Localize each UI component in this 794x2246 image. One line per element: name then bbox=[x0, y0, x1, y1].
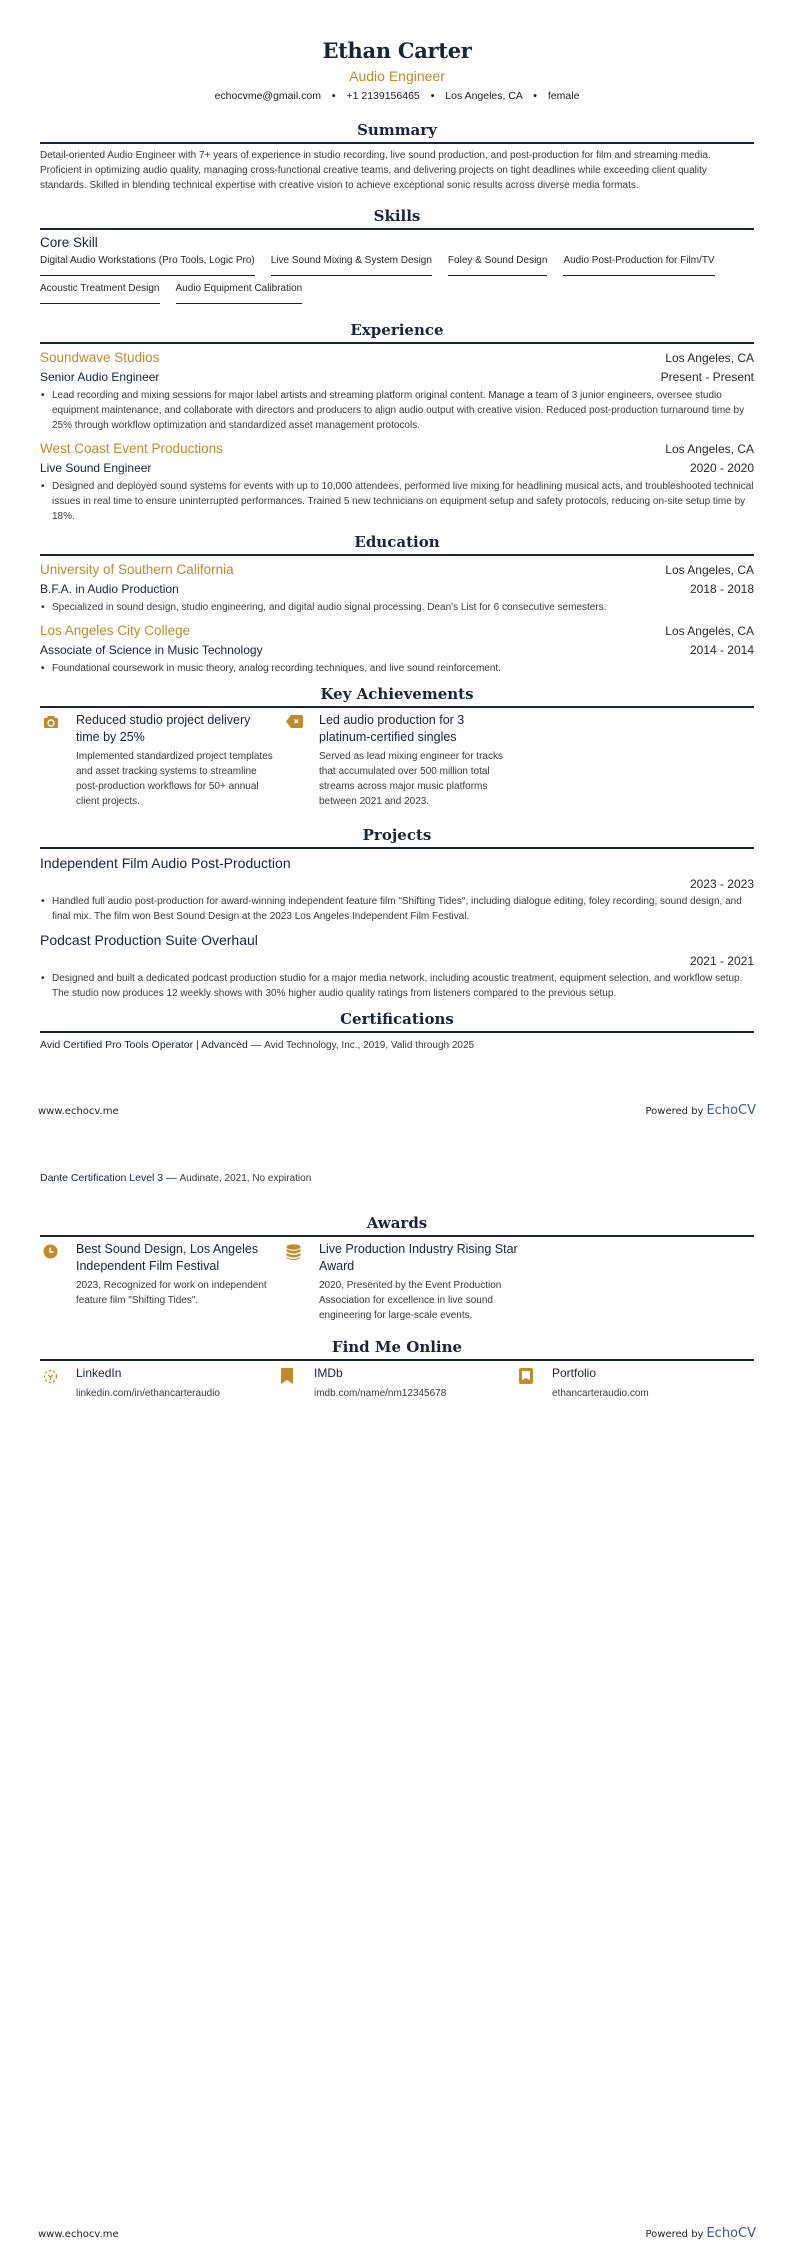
job-bullets: Designed and deployed sound systems for … bbox=[40, 479, 754, 524]
award-title: Live Production Industry Rising Star Awa… bbox=[319, 1241, 519, 1275]
achievements-section: Key Achievements Reduced studio project … bbox=[40, 684, 754, 815]
project-name: Podcast Production Suite Overhaul bbox=[40, 930, 754, 950]
section-title-online: Find Me Online bbox=[40, 1337, 754, 1361]
education-section: Education University of Southern Califor… bbox=[40, 532, 754, 676]
project-name: Independent Film Audio Post-Production bbox=[40, 853, 754, 873]
contact-gender: female bbox=[548, 90, 580, 102]
company-name: West Coast Event Productions bbox=[40, 439, 223, 458]
experience-section: Experience Soundwave Studios Los Angeles… bbox=[40, 320, 754, 524]
achievement-title: Reduced studio project delivery time by … bbox=[76, 712, 276, 746]
job-position: Senior Audio Engineer bbox=[40, 368, 159, 386]
section-title-awards: Awards bbox=[40, 1213, 754, 1237]
separator-dot: • bbox=[533, 88, 537, 104]
bullet-item: Specialized in sound design, studio engi… bbox=[40, 600, 754, 615]
coins-icon bbox=[283, 1241, 319, 1323]
school-location: Los Angeles, CA bbox=[665, 622, 754, 641]
project-entry: Independent Film Audio Post-Production 2… bbox=[40, 853, 754, 924]
certification-details: Avid Technology, Inc., 2019, Valid throu… bbox=[264, 1040, 474, 1051]
footer-site-link[interactable]: www.echocv.me bbox=[38, 2229, 119, 2240]
link-url[interactable]: ethancarteraudio.com bbox=[552, 1386, 752, 1401]
project-bullets: Handled full audio post-production for a… bbox=[40, 894, 754, 924]
section-title-summary: Summary bbox=[40, 120, 754, 144]
skill-tag: Foley & Sound Design bbox=[448, 254, 548, 276]
certification-dash: — bbox=[166, 1172, 177, 1184]
certification-dash: — bbox=[251, 1039, 262, 1051]
powered-by-label: Powered by bbox=[646, 1106, 704, 1117]
award-description: 2023, Recognized for work on independent… bbox=[76, 1278, 276, 1308]
achievement-card: Reduced studio project delivery time by … bbox=[40, 712, 283, 809]
summary-text: Detail-oriented Audio Engineer with 7+ y… bbox=[40, 148, 754, 193]
education-bullets: Foundational coursework in music theory,… bbox=[40, 661, 754, 676]
candidate-title: Audio Engineer bbox=[40, 66, 754, 86]
job-bullets: Lead recording and mixing sessions for m… bbox=[40, 388, 754, 433]
contact-phone[interactable]: +1 2139156465 bbox=[346, 90, 419, 102]
backspace-icon bbox=[283, 712, 319, 809]
bullet-item: Handled full audio post-production for a… bbox=[40, 894, 754, 924]
skill-list: Digital Audio Workstations (Pro Tools, L… bbox=[40, 254, 754, 310]
school-location: Los Angeles, CA bbox=[665, 561, 754, 580]
education-dates: 2018 - 2018 bbox=[690, 580, 754, 599]
job-position: Live Sound Engineer bbox=[40, 459, 151, 477]
education-entry: University of Southern California Los An… bbox=[40, 560, 754, 615]
separator-dot: • bbox=[431, 88, 435, 104]
online-link-linkedin[interactable]: LinkedIn linkedin.com/in/ethancarteraudi… bbox=[40, 1365, 278, 1401]
company-name: Soundwave Studios bbox=[40, 348, 159, 367]
bullet-item: Designed and deployed sound systems for … bbox=[40, 479, 754, 524]
section-title-projects: Projects bbox=[40, 825, 754, 849]
experience-entry: West Coast Event Productions Los Angeles… bbox=[40, 439, 754, 524]
degree-name: B.F.A. in Audio Production bbox=[40, 580, 179, 598]
job-dates: Present - Present bbox=[661, 368, 754, 387]
page-footer: www.echocv.me Powered byEchoCV bbox=[38, 1103, 756, 1118]
school-name: University of Southern California bbox=[40, 560, 234, 579]
candidate-name: Ethan Carter bbox=[40, 38, 754, 64]
separator-dot: • bbox=[332, 88, 336, 104]
online-section: Find Me Online LinkedIn linkedin.com/in bbox=[40, 1337, 754, 1401]
certifications-section: Certifications Avid Certified Pro Tools … bbox=[40, 1009, 754, 1054]
summary-section: Summary Detail-oriented Audio Engineer w… bbox=[40, 120, 754, 193]
skill-tag: Live Sound Mixing & System Design bbox=[271, 254, 432, 276]
link-url[interactable]: linkedin.com/in/ethancarteraudio bbox=[76, 1386, 276, 1401]
project-entry: Podcast Production Suite Overhaul 2021 -… bbox=[40, 930, 754, 1001]
section-title-experience: Experience bbox=[40, 320, 754, 344]
education-dates: 2014 - 2014 bbox=[690, 641, 754, 660]
network-icon bbox=[40, 1365, 76, 1401]
skill-tag: Audio Post-Production for Film/TV bbox=[563, 254, 714, 276]
project-bullets: Designed and built a dedicated podcast p… bbox=[40, 971, 754, 1001]
certification-item: Dante Certification Level 3 — Audinate, … bbox=[40, 1170, 754, 1187]
bullet-item: Foundational coursework in music theory,… bbox=[40, 661, 754, 676]
achievement-description: Implemented standardized project templat… bbox=[76, 749, 276, 809]
job-location: Los Angeles, CA bbox=[665, 349, 754, 368]
resume-page-1: Ethan Carter Audio Engineer echocvme@gma… bbox=[0, 0, 794, 1054]
brand-logo[interactable]: EchoCV bbox=[706, 1103, 756, 1118]
resume-header: Ethan Carter Audio Engineer echocvme@gma… bbox=[40, 0, 754, 104]
project-dates: 2021 - 2021 bbox=[40, 952, 754, 970]
clock-icon bbox=[40, 1241, 76, 1323]
online-link-portfolio[interactable]: Portfolio ethancarteraudio.com bbox=[516, 1365, 754, 1401]
footer-site-link[interactable]: www.echocv.me bbox=[38, 1106, 119, 1117]
skill-tag: Acoustic Treatment Design bbox=[40, 282, 160, 304]
project-dates: 2023 - 2023 bbox=[40, 875, 754, 893]
projects-section: Projects Independent Film Audio Post-Pro… bbox=[40, 825, 754, 1001]
certification-name: Dante Certification Level 3 bbox=[40, 1172, 163, 1184]
award-card: Best Sound Design, Los Angeles Independe… bbox=[40, 1241, 283, 1323]
skill-category: Core Skill bbox=[40, 234, 754, 252]
award-description: 2020, Presented by the Event Production … bbox=[319, 1278, 519, 1323]
camera-icon bbox=[40, 712, 76, 809]
skill-tag: Digital Audio Workstations (Pro Tools, L… bbox=[40, 254, 255, 276]
degree-name: Associate of Science in Music Technology bbox=[40, 641, 263, 659]
bullet-item: Lead recording and mixing sessions for m… bbox=[40, 388, 754, 433]
link-name: IMDb bbox=[314, 1365, 514, 1382]
skills-section: Skills Core Skill Digital Audio Workstat… bbox=[40, 206, 754, 310]
education-bullets: Specialized in sound design, studio engi… bbox=[40, 600, 754, 615]
link-url[interactable]: imdb.com/name/nm12345678 bbox=[314, 1386, 514, 1401]
link-name: LinkedIn bbox=[76, 1365, 276, 1382]
award-card: Live Production Industry Rising Star Awa… bbox=[283, 1241, 526, 1323]
education-entry: Los Angeles City College Los Angeles, CA… bbox=[40, 621, 754, 676]
award-title: Best Sound Design, Los Angeles Independe… bbox=[76, 1241, 276, 1275]
powered-by: Powered byEchoCV bbox=[646, 1103, 757, 1118]
bullet-item: Designed and built a dedicated podcast p… bbox=[40, 971, 754, 1001]
section-title-certifications: Certifications bbox=[40, 1009, 754, 1033]
section-title-achievements: Key Achievements bbox=[40, 684, 754, 708]
school-name: Los Angeles City College bbox=[40, 621, 190, 640]
bookmark-icon bbox=[278, 1365, 314, 1401]
book-icon bbox=[516, 1365, 552, 1401]
certification-item: Avid Certified Pro Tools Operator | Adva… bbox=[40, 1037, 754, 1054]
contact-line: echocvme@gmail.com • +1 2139156465 • Los… bbox=[40, 88, 754, 104]
job-location: Los Angeles, CA bbox=[665, 440, 754, 459]
achievement-title: Led audio production for 3 platinum-cert… bbox=[319, 712, 519, 746]
section-title-skills: Skills bbox=[40, 206, 754, 230]
link-name: Portfolio bbox=[552, 1365, 752, 1382]
achievement-card: Led audio production for 3 platinum-cert… bbox=[283, 712, 526, 809]
certification-details: Audinate, 2021, No expiration bbox=[180, 1173, 312, 1184]
awards-section: Awards Best Sound Design, Los Angeles In… bbox=[40, 1213, 754, 1329]
online-link-imdb[interactable]: IMDb imdb.com/name/nm12345678 bbox=[278, 1365, 516, 1401]
powered-by-label: Powered by bbox=[646, 2229, 704, 2240]
achievement-description: Served as lead mixing engineer for track… bbox=[319, 749, 519, 809]
job-dates: 2020 - 2020 bbox=[690, 459, 754, 478]
certification-name: Avid Certified Pro Tools Operator | Adva… bbox=[40, 1039, 248, 1051]
contact-location: Los Angeles, CA bbox=[445, 90, 522, 102]
section-title-education: Education bbox=[40, 532, 754, 556]
page-footer: www.echocv.me Powered byEchoCV bbox=[38, 2226, 756, 2241]
resume-page-2: Dante Certification Level 3 — Audinate, … bbox=[0, 1166, 794, 1401]
powered-by: Powered byEchoCV bbox=[646, 2226, 757, 2241]
contact-email[interactable]: echocvme@gmail.com bbox=[215, 90, 321, 102]
brand-logo[interactable]: EchoCV bbox=[706, 2226, 756, 2241]
skill-tag: Audio Equipment Calibration bbox=[176, 282, 303, 304]
experience-entry: Soundwave Studios Los Angeles, CA Senior… bbox=[40, 348, 754, 433]
